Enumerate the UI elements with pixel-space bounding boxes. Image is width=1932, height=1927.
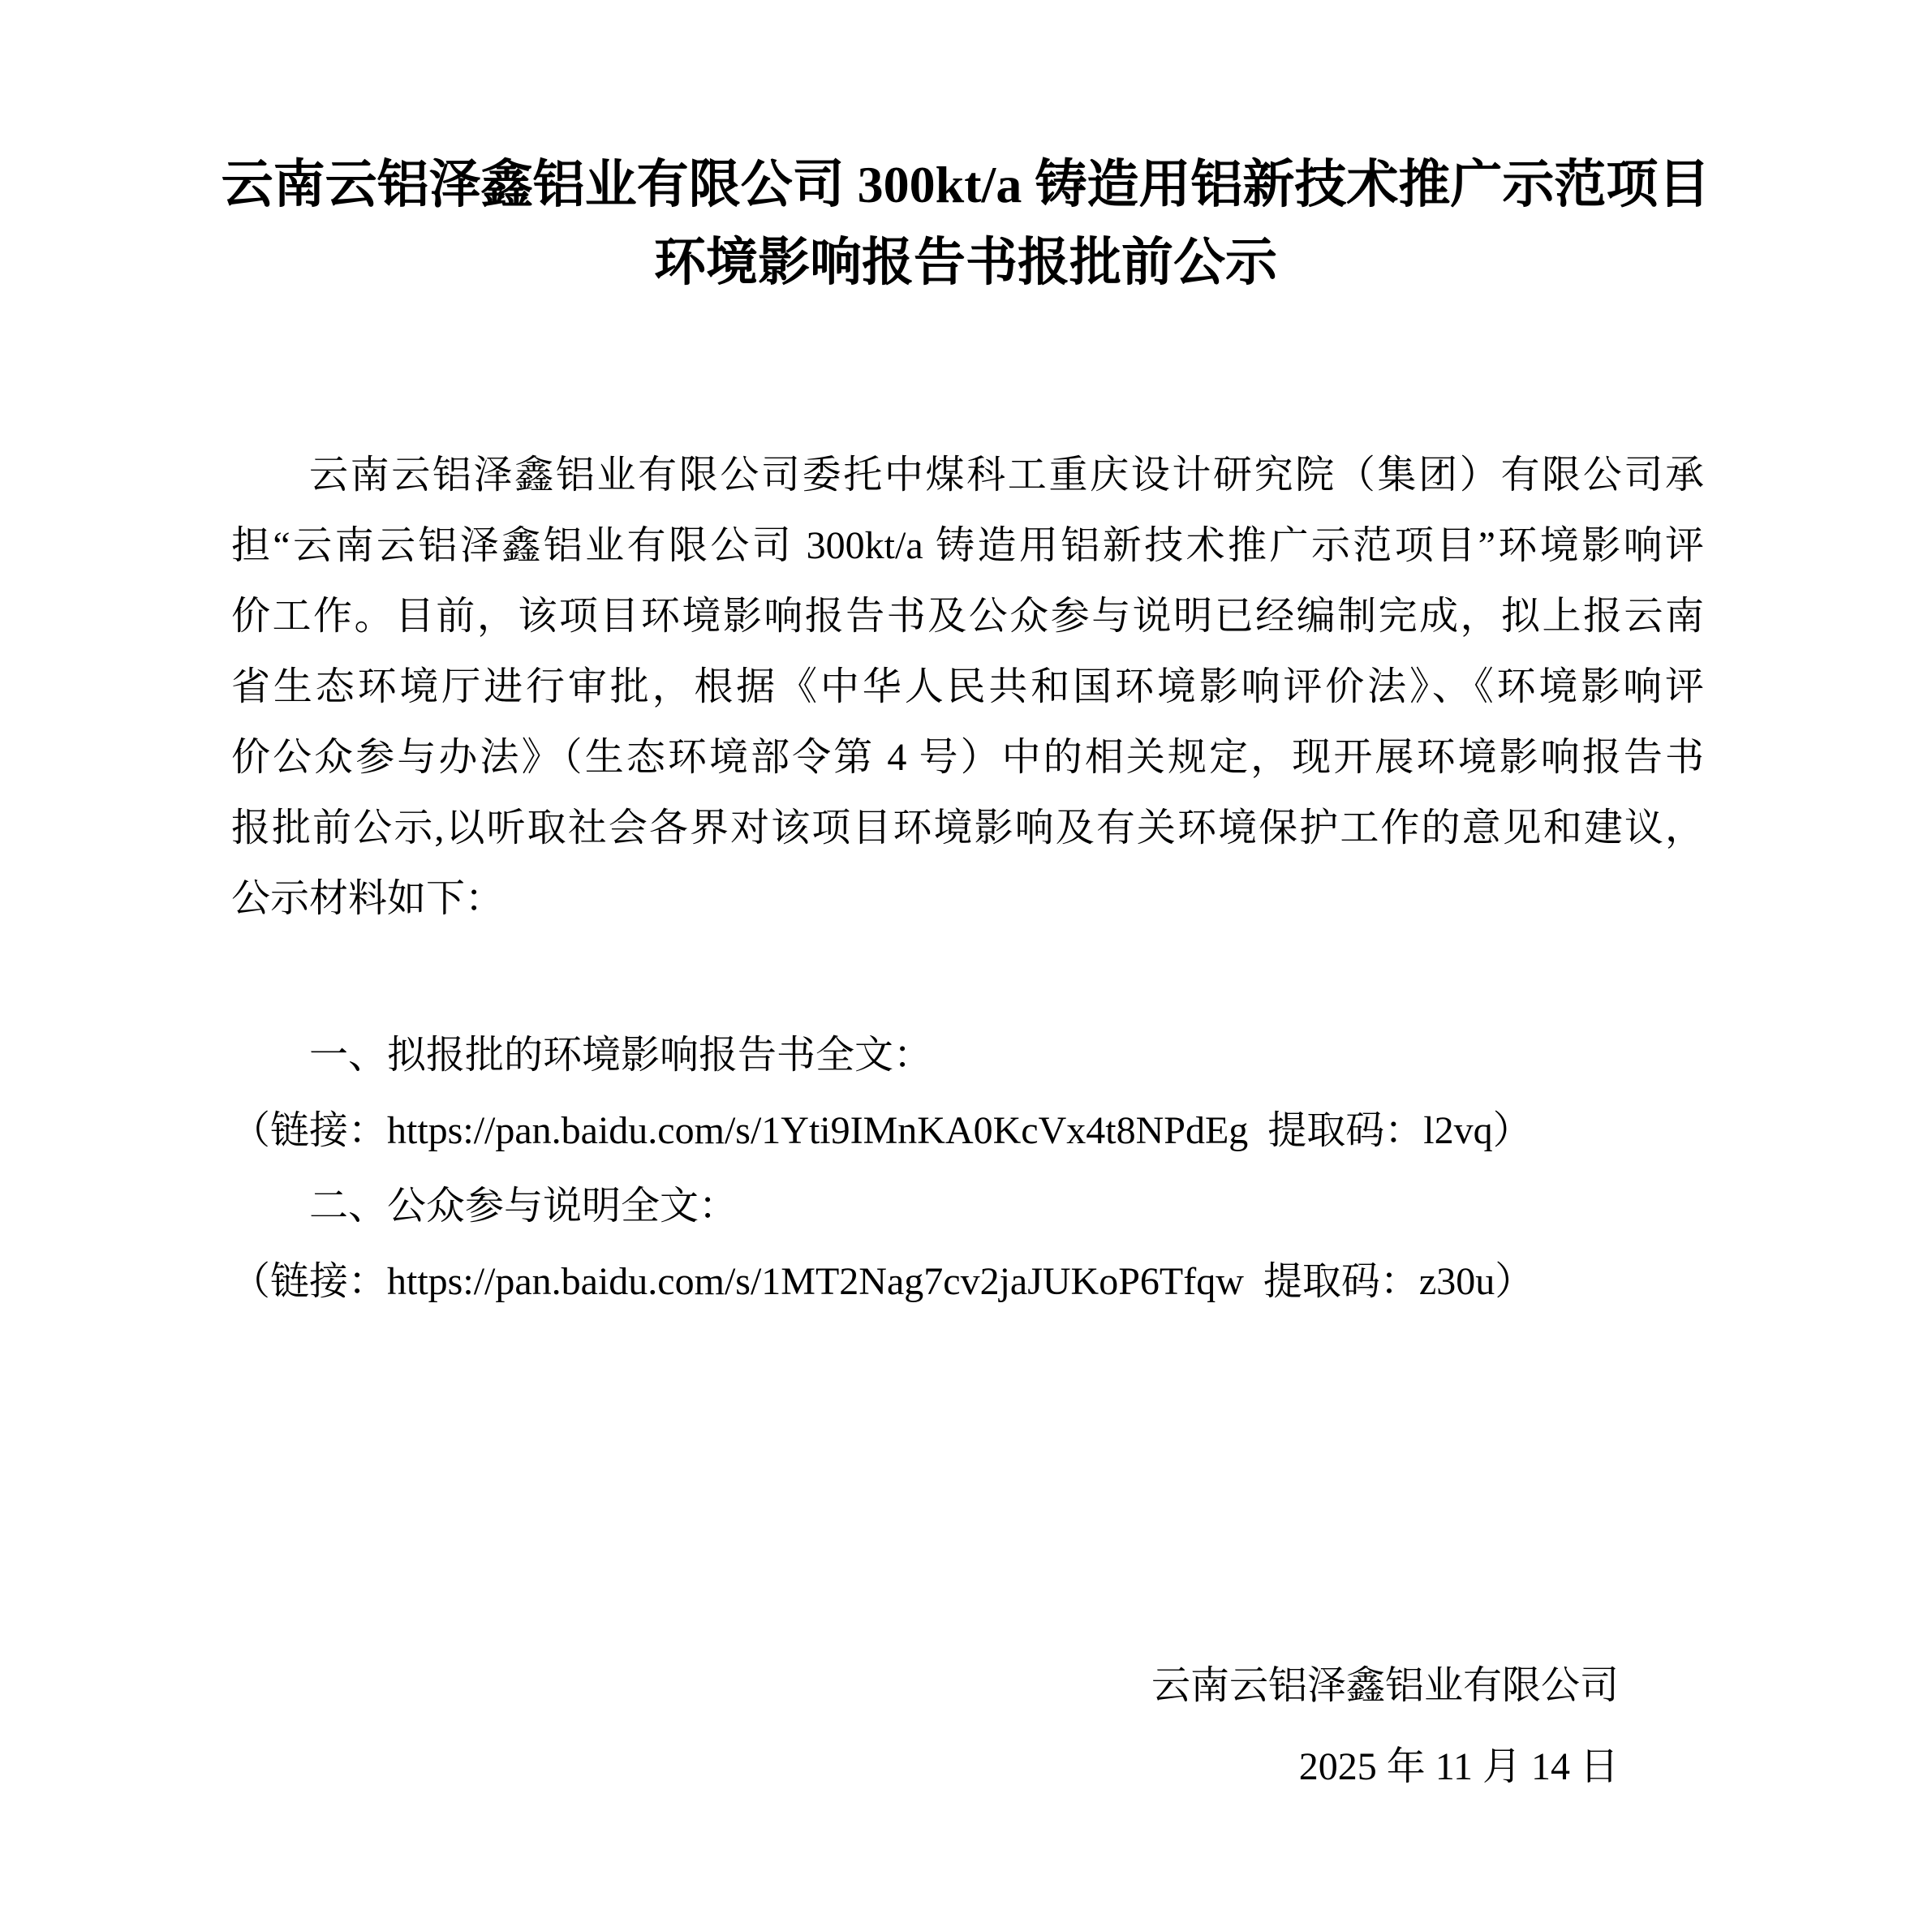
title-line-2: 环境影响报告书报批前公示 <box>130 224 1801 302</box>
signature-block: 云南云铝泽鑫铝业有限公司 2025 年 11 月 14 日 <box>1151 1645 1619 1808</box>
signature-company: 云南云铝泽鑫铝业有限公司 <box>1151 1645 1619 1727</box>
attachment-list: 一、拟报批的环境影响报告书全文： （链接：https://pan.baidu.c… <box>231 1017 1704 1319</box>
report-fulltext-heading: 一、拟报批的环境影响报告书全文： <box>231 1017 1704 1093</box>
paragraph-line-7: 公示材料如下： <box>231 863 1704 934</box>
report-fulltext-link: （链接：https://pan.baidu.com/s/1Yti9IMnKA0K… <box>231 1093 1704 1168</box>
paragraph-line-2: 担“云南云铝泽鑫铝业有限公司 300kt/a 铸造用铝新技术推广示范项目”环境影… <box>231 510 1704 581</box>
public-participation-link: （链接：https://pan.baidu.com/s/1MT2Nag7cv2j… <box>231 1244 1704 1319</box>
public-participation-heading: 二、公众参与说明全文： <box>231 1168 1704 1244</box>
paragraph-line-5: 价公众参与办法》（生态环境部令第 4 号）中的相关规定，现开展环境影响报告书 <box>231 722 1704 793</box>
document-page: 云南云铝泽鑫铝业有限公司 300kt/a 铸造用铝新技术推广示范项目 环境影响报… <box>0 0 1932 1927</box>
signature-date: 2025 年 11 月 14 日 <box>1151 1727 1619 1808</box>
title-line-1: 云南云铝泽鑫铝业有限公司 300kt/a 铸造用铝新技术推广示范项目 <box>130 146 1801 224</box>
paragraph-line-3: 价工作。目前，该项目环境影响报告书及公众参与说明已经编制完成，拟上报云南 <box>231 581 1704 652</box>
paragraph-line-1: 云南云铝泽鑫铝业有限公司委托中煤科工重庆设计研究院（集团）有限公司承 <box>231 440 1704 510</box>
paragraph-line-6: 报批前公示,以听取社会各界对该项目环境影响及有关环境保护工作的意见和建议， <box>231 793 1704 863</box>
paragraph-line-4: 省生态环境厅进行审批，根据《中华人民共和国环境影响评价法》、《环境影响评 <box>231 652 1704 722</box>
body-paragraph: 云南云铝泽鑫铝业有限公司委托中煤科工重庆设计研究院（集团）有限公司承 担“云南云… <box>231 440 1704 934</box>
document-title: 云南云铝泽鑫铝业有限公司 300kt/a 铸造用铝新技术推广示范项目 环境影响报… <box>130 146 1801 302</box>
